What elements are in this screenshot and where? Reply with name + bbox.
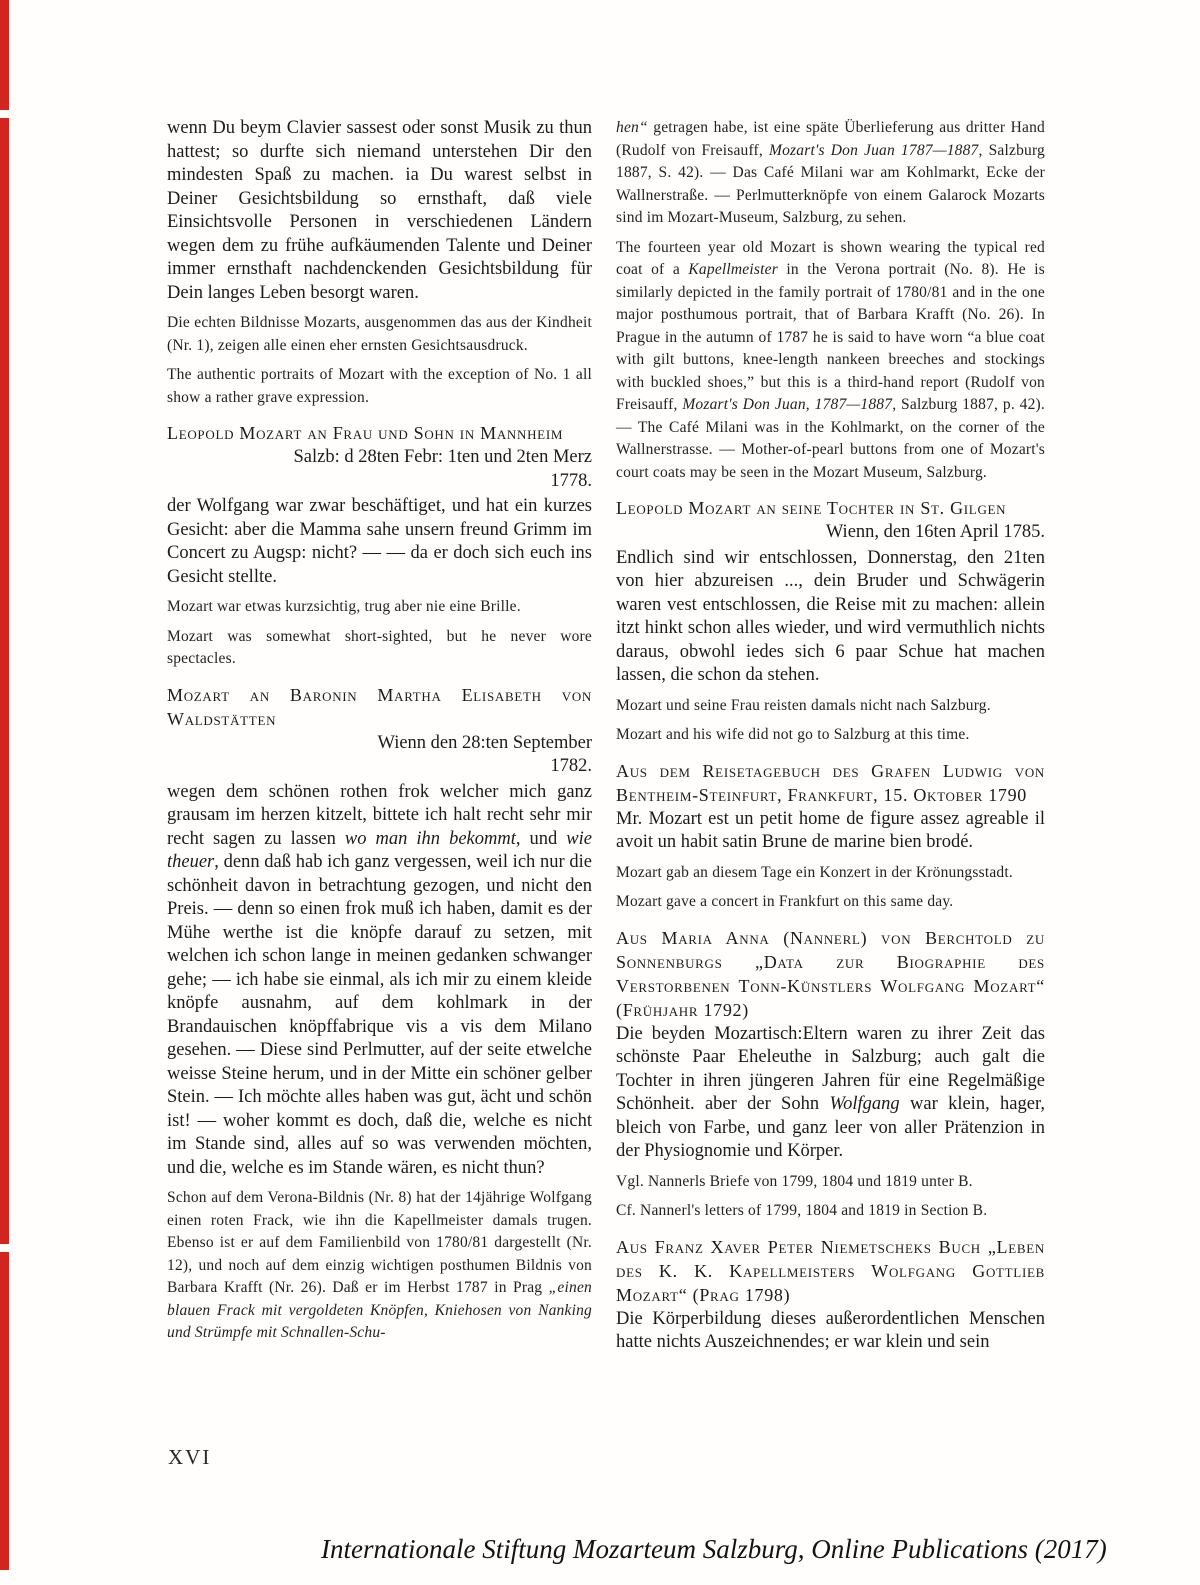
quote-paragraph: wenn Du beym Clavier sassest oder sonst … bbox=[167, 117, 592, 305]
page-number: XVI bbox=[168, 1445, 211, 1470]
section-heading: Aus dem Reisetagebuch des Grafen Ludwig … bbox=[616, 759, 1045, 807]
date-line: Wienn den 28:ten September1782. bbox=[167, 732, 592, 779]
date-line-text: 1782. bbox=[167, 755, 592, 779]
commentary-note: Mozart and his wife did not go to Salzbu… bbox=[616, 724, 1045, 747]
right-column: hen“ getragen habe, ist eine späte Überl… bbox=[616, 117, 1045, 1362]
date-line-text: Wienn den 28:ten September bbox=[167, 732, 592, 756]
book-page: wenn Du beym Clavier sassest oder sonst … bbox=[0, 0, 1200, 1585]
publication-footer: Internationale Stiftung Mozarteum Salzbu… bbox=[321, 1534, 1107, 1565]
date-line: Salzb: d 28ten Febr: 1ten und 2ten Merz1… bbox=[167, 446, 592, 493]
commentary-note: Mozart gave a concert in Frankfurt on th… bbox=[616, 891, 1045, 914]
commentary-note: Die echten Bildnisse Mozarts, ausgenomme… bbox=[167, 312, 592, 357]
section-heading: Leopold Mozart an seine Tochter in St. G… bbox=[616, 496, 1045, 520]
commentary-note: hen“ getragen habe, ist eine späte Überl… bbox=[616, 117, 1045, 230]
commentary-note: Mozart gab an diesem Tage ein Konzert in… bbox=[616, 862, 1045, 885]
commentary-note: Mozart und seine Frau reisten damals nic… bbox=[616, 695, 1045, 718]
quote-paragraph: Die beyden Mozartisch:Eltern waren zu ih… bbox=[616, 1023, 1045, 1164]
commentary-note: Vgl. Nannerls Briefe von 1799, 1804 und … bbox=[616, 1171, 1045, 1194]
quote-paragraph: Endlich sind wir entschlossen, Donnersta… bbox=[616, 547, 1045, 688]
left-column: wenn Du beym Clavier sassest oder sonst … bbox=[167, 117, 592, 1352]
section-heading: Mozart an Baronin Martha Elisabeth von W… bbox=[167, 683, 592, 731]
quote-paragraph: wegen dem schönen rothen frok welcher mi… bbox=[167, 781, 592, 1181]
commentary-note: Cf. Nannerl's letters of 1799, 1804 and … bbox=[616, 1200, 1045, 1223]
commentary-note: Mozart was somewhat short-sighted, but h… bbox=[167, 626, 592, 671]
scan-edge-artifact bbox=[0, 0, 9, 110]
quote-paragraph: Mr. Mozart est un petit home de figure a… bbox=[616, 808, 1045, 855]
date-line-text: Wienn, den 16ten April 1785. bbox=[616, 521, 1045, 545]
section-heading: Aus Franz Xaver Peter Niemetscheks Buch … bbox=[616, 1235, 1045, 1307]
section-heading: Leopold Mozart an Frau und Sohn in Mannh… bbox=[167, 421, 592, 445]
date-line-text: Salzb: d 28ten Febr: 1ten und 2ten Merz bbox=[167, 446, 592, 470]
date-line: Wienn, den 16ten April 1785. bbox=[616, 521, 1045, 545]
date-line-text: 1778. bbox=[167, 470, 592, 494]
commentary-note: The authentic portraits of Mozart with t… bbox=[167, 364, 592, 409]
commentary-note: Schon auf dem Verona-Bildnis (Nr. 8) hat… bbox=[167, 1187, 592, 1345]
quote-paragraph: Die Körperbildung dieses außerordentlich… bbox=[616, 1308, 1045, 1355]
scan-edge-artifact bbox=[0, 1252, 9, 1570]
commentary-note: The fourteen year old Mozart is shown we… bbox=[616, 237, 1045, 485]
section-heading: Aus Maria Anna (Nannerl) von Berchtold z… bbox=[616, 926, 1045, 1022]
scan-edge-artifact bbox=[0, 118, 9, 1244]
commentary-note: Mozart war etwas kurzsichtig, trug aber … bbox=[167, 596, 592, 619]
quote-paragraph: der Wolfgang war zwar beschäftiget, und … bbox=[167, 495, 592, 589]
